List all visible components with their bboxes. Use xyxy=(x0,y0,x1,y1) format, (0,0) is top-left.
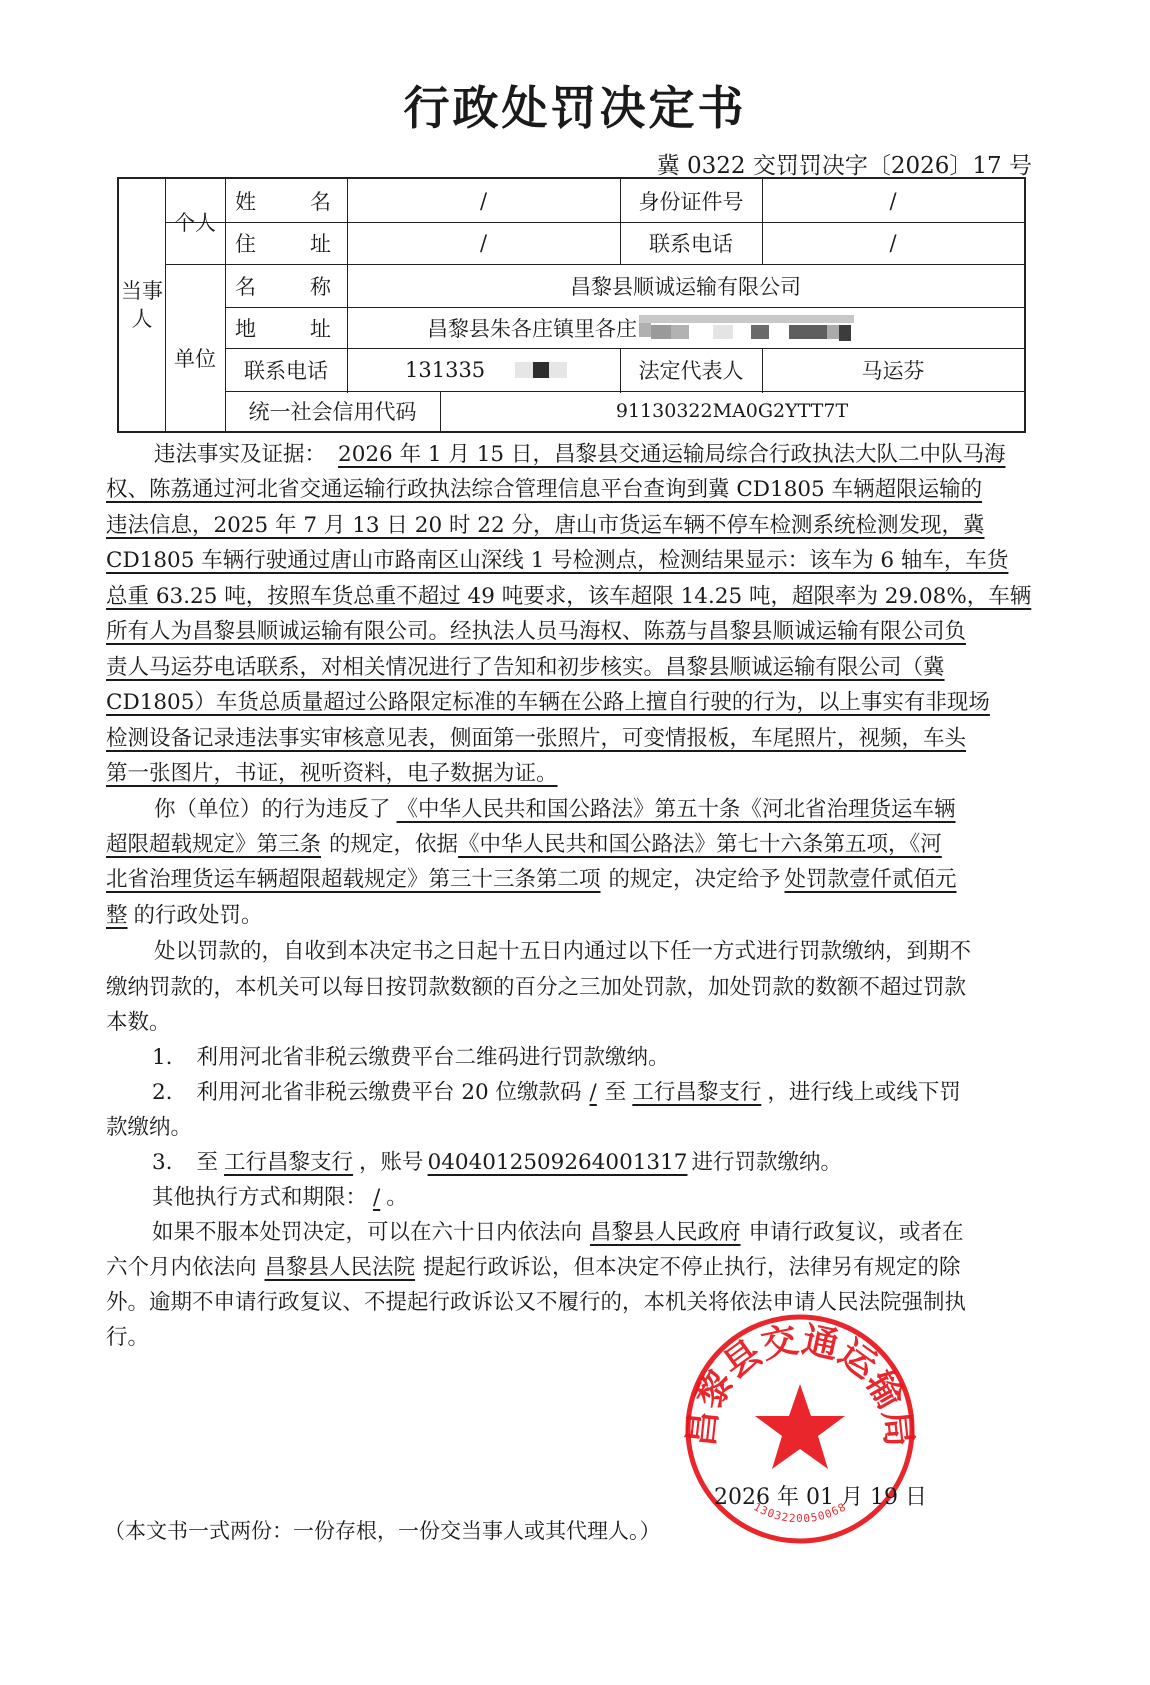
unit-address-value: 昌黎县朱各庄镇里各庄 xyxy=(347,307,1024,348)
unit-name-value: 昌黎县顺诚运输有限公司 xyxy=(347,264,1024,307)
appeal-line-4: 行。 xyxy=(106,1325,149,1351)
appeal-text: 提起行政诉讼，但本决定不停止执行，法律另有规定的除 xyxy=(423,1255,961,1280)
item-number: 2. xyxy=(152,1080,173,1105)
document-number: 冀 0322 交罚罚决字〔2026〕17 号 xyxy=(657,147,1032,180)
label-char: 名 xyxy=(235,271,256,301)
party-label-line1: 当事 xyxy=(121,277,163,305)
payment-item-2: 2.利用河北省非税云缴费平台 20 位缴款码/至工行昌黎支行，进行线上或线下罚 xyxy=(106,1080,961,1106)
item-text: 利用河北省非税云缴费平台二维码进行罚款缴纳。 xyxy=(197,1045,670,1070)
unit-address-text: 昌黎县朱各庄镇里各庄 xyxy=(427,313,637,343)
individual-name-label: 姓 名 xyxy=(225,179,347,222)
payment-bank: 工行昌黎支行 xyxy=(218,1150,359,1175)
label-char: 住 xyxy=(235,228,256,258)
payment-item-2-cont: 款缴纳。 xyxy=(106,1115,192,1141)
payment-intro-line-2: 缴纳罚款的，本机关可以每日按罚款数额的百分之三加处罚款，加处罚款的数额不超过罚款 xyxy=(106,975,966,1001)
violated-law: 《中华人民共和国公路法》第五十条《河北省治理货运车辆 xyxy=(397,797,956,822)
appeal-text: 申请行政复议，或者在 xyxy=(749,1220,964,1245)
individual-id-value: / xyxy=(762,179,1024,222)
party-group-label: 当事 人 xyxy=(119,179,165,431)
legal-rep-label: 法定代表人 xyxy=(620,348,762,391)
penalty-suffix: 的行政处罚。 xyxy=(134,903,263,928)
payment-bank: 工行昌黎支行 xyxy=(626,1080,767,1105)
item-to: 至 xyxy=(605,1080,627,1105)
label-char: 称 xyxy=(310,271,331,301)
violation-prefix: 你（单位）的行为违反了 xyxy=(154,797,391,822)
violation-line-4: 整的行政处罚。 xyxy=(106,903,263,929)
item-to: 至 xyxy=(197,1150,219,1175)
redacted-phone-block xyxy=(515,360,573,380)
violation-line-3: 北省治理货运车辆超限超载规定》第三十三条第二项的规定，决定给予处罚款壹仟贰佰元 xyxy=(106,867,957,893)
appeal-text: 六个月内依法向 xyxy=(106,1255,257,1280)
legal-rep-value: 马运芬 xyxy=(762,348,1024,391)
decision-date: 2026 年 01 月 19 日 xyxy=(714,1480,927,1511)
basis-law-cont: 北省治理货运车辆超限超载规定》第三十三条第二项 xyxy=(106,867,601,892)
payment-intro-line-3: 本数。 xyxy=(106,1010,171,1036)
credit-code-value: 91130322MA0G2YTT7T xyxy=(440,391,1024,431)
facts-line-6: 所有人为昌黎县顺诚运输有限公司。经执法人员马海权、陈荔与昌黎县顺诚运输有限公司负 xyxy=(106,619,966,645)
individual-phone-label: 联系电话 xyxy=(620,222,762,264)
other-execution-line: 其他执行方式和期限：/。 xyxy=(106,1185,408,1211)
penalty-amount: 处罚款壹仟贰佰元 xyxy=(785,867,957,892)
other-execution-value: / xyxy=(367,1185,386,1210)
violation-line-2: 超限超载规定》第三条的规定，依据《中华人民共和国公路法》第七十六条第五项，《河 xyxy=(106,832,942,858)
credit-code-label: 统一社会信用代码 xyxy=(225,391,440,431)
violation-line-1: 你（单位）的行为违反了《中华人民共和国公路法》第五十条《河北省治理货运车辆 xyxy=(106,797,956,823)
penalty-amount-cont: 整 xyxy=(106,903,128,928)
review-authority: 昌黎县人民政府 xyxy=(582,1220,749,1245)
facts-line-3: 违法信息，2025 年 7 月 13 日 20 时 22 分，唐山市货运车辆不停… xyxy=(106,513,984,539)
litigation-court: 昌黎县人民法院 xyxy=(257,1255,424,1280)
footnote: （本文书一式两份：一份存根，一份交当事人或其代理人。） xyxy=(104,1515,661,1545)
payment-item-1: 1.利用河北省非税云缴费平台二维码进行罚款缴纳。 xyxy=(106,1045,670,1071)
facts-line-5: 总重 63.25 吨，按照车货总重不超过 49 吨要求，该车超限 14.25 吨… xyxy=(106,584,1031,610)
basis-law: 《中华人民共和国公路法》第七十六条第五项，《河 xyxy=(458,832,942,857)
item-suffix: ，进行线上或线下罚 xyxy=(767,1080,961,1105)
facts-line-8: CD1805）车货总质量超过公路限定标准的车辆在公路上擅自行驶的行为，以上事实有… xyxy=(106,690,990,716)
individual-id-label: 身份证件号 xyxy=(620,179,762,222)
payment-intro-line-1: 处以罚款的，自收到本决定书之日起十五日内通过以下任一方式进行罚款缴纳，到期不 xyxy=(106,939,971,965)
item-text: 利用河北省非税云缴费平台 20 位缴款码 xyxy=(197,1080,582,1105)
facts-line-1: 违法事实及证据：2026 年 1 月 15 日，昌黎县交通运输局综合行政执法大队… xyxy=(106,442,1005,468)
item-number: 3. xyxy=(152,1150,173,1175)
label-char: 姓 xyxy=(235,186,256,216)
facts-line-2: 权、陈荔通过河北省交通运输行政执法综合管理信息平台查询到冀 CD1805 车辆超… xyxy=(106,477,982,503)
individual-name-value: / xyxy=(347,179,620,222)
punct: 。 xyxy=(386,1185,408,1210)
facts-line-10: 第一张图片，书证，视听资料，电子数据为证。 xyxy=(106,761,558,787)
payment-item-3: 3.至工行昌黎支行，账号0404012509264001317进行罚款缴纳。 xyxy=(106,1150,842,1176)
facts-line-4: CD1805 车辆行驶通过唐山市路南区山深线 1 号检测点，检测结果显示：该车为… xyxy=(106,548,1008,574)
facts-line-9: 检测设备记录违法事实审核意见表，侧面第一张照片，可变情报板，车尾照片，视频，车头 xyxy=(106,726,966,752)
item-suffix: 进行罚款缴纳。 xyxy=(691,1150,842,1175)
unit-phone-value: 131335 xyxy=(347,348,620,391)
violation-connector: 的规定，依据 xyxy=(329,832,458,857)
party-info-table: 当事 人 个人 单位 姓 名 / 身份证件号 / 住 址 / 联系电话 / 名 … xyxy=(117,177,1026,433)
party-label-line2: 人 xyxy=(132,305,153,333)
decision-connector: 的规定，决定给予 xyxy=(609,867,781,892)
individual-section-label: 个人 xyxy=(165,179,225,264)
unit-phone-label: 联系电话 xyxy=(225,348,347,391)
individual-phone-value: / xyxy=(762,222,1024,264)
account-label: ，账号 xyxy=(359,1150,424,1175)
violated-law-cont: 超限超载规定》第三条 xyxy=(106,832,321,857)
label-char: 名 xyxy=(310,186,331,216)
appeal-line-1: 如果不服本处罚决定，可以在六十日内依法向昌黎县人民政府申请行政复议，或者在 xyxy=(106,1220,964,1246)
facts-lead: 违法事实及证据： xyxy=(154,442,326,467)
account-number: 0404012509264001317 xyxy=(424,1150,692,1175)
individual-address-value: / xyxy=(347,222,620,264)
unit-section-label: 单位 xyxy=(165,264,225,431)
facts-text: 2026 年 1 月 15 日，昌黎县交通运输局综合行政执法大队二中队马海 xyxy=(338,442,1005,467)
unit-phone-text: 131335 xyxy=(405,358,485,382)
appeal-line-2: 六个月内依法向昌黎县人民法院提起行政诉讼，但本决定不停止执行，法律另有规定的除 xyxy=(106,1255,961,1281)
facts-line-7: 责人马运芬电话联系，对相关情况进行了告知和初步核实。昌黎县顺诚运输有限公司（冀 xyxy=(106,655,945,681)
appeal-text: 如果不服本处罚决定，可以在六十日内依法向 xyxy=(152,1220,582,1245)
unit-address-label: 地 址 xyxy=(225,307,347,348)
document-title: 行政处罚决定书 xyxy=(0,72,1150,138)
label-char: 址 xyxy=(310,228,331,258)
label-char: 地 xyxy=(235,313,256,343)
payment-code: / xyxy=(582,1080,605,1105)
redacted-address-block xyxy=(639,313,854,343)
individual-address-label: 住 址 xyxy=(225,222,347,264)
item-number: 1. xyxy=(152,1045,173,1070)
label-char: 址 xyxy=(310,313,331,343)
unit-name-label: 名 称 xyxy=(225,264,347,307)
other-execution-label: 其他执行方式和期限： xyxy=(152,1185,367,1210)
